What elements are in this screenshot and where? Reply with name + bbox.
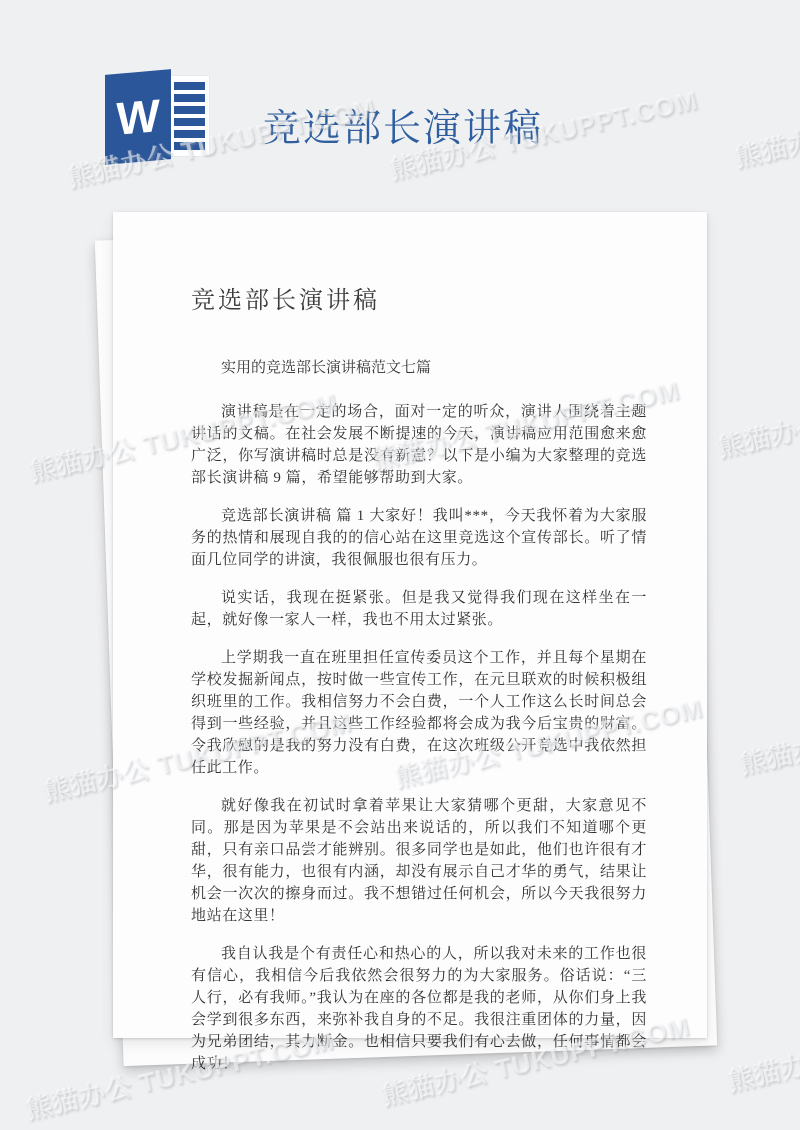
doc-paragraph: 我自认我是个有责任心和热心的人，所以我对未来的工作也很有信心，我相信今后我依然会…: [191, 943, 647, 1075]
word-icon-text-lines: [174, 82, 205, 150]
word-icon-letter: W: [116, 92, 159, 142]
doc-paragraph: 说实话，我现在挺紧张。但是我又觉得我们现在这样坐在一起，就好像一家人一样，我也不…: [191, 587, 647, 631]
page-title: 竞选部长演讲稿: [263, 97, 543, 152]
watermark-text: 熊猫办公 TUKUPPT.COM: [714, 358, 800, 465]
word-icon-cover: W: [105, 69, 171, 165]
header: W 竞选部长演讲稿: [0, 0, 800, 190]
doc-paragraph: 演讲稿是在一定的场合，面对一定的听众，演讲人围绕着主题讲话的文稿。在社会发展不断…: [191, 401, 647, 489]
doc-subtitle: 实用的竞选部长演讲稿范文七篇: [191, 357, 647, 379]
page-background: W 竞选部长演讲稿 竞选部长演讲稿 实用的竞选部长演讲稿范文七篇 演讲稿是在一定…: [0, 0, 800, 1130]
watermark-text: 熊猫办公 TUKUPPT.COM: [736, 675, 800, 782]
doc-heading: 竞选部长演讲稿: [191, 280, 647, 315]
document-preview-page: 竞选部长演讲稿 实用的竞选部长演讲稿范文七篇 演讲稿是在一定的场合，面对一定的听…: [113, 212, 707, 1038]
doc-paragraph: 就好像我在初试时拿着苹果让大家猜哪个更甜，大家意见不同。那是因为苹果是不会站出来…: [191, 795, 647, 927]
word-file-icon: W: [105, 64, 209, 168]
doc-paragraph: 上学期我一直在班里担任宣传委员这个工作，并且每个星期在学校发掘新闻点，按时做一些…: [191, 647, 647, 779]
word-icon-page: [165, 76, 209, 156]
watermark-text: 熊猫办公 TUKUPPT.COM: [724, 992, 800, 1099]
doc-paragraph: 竞选部长演讲稿 篇 1 大家好！我叫***，今天我怀着为大家服务的热情和展现自我…: [191, 505, 647, 571]
